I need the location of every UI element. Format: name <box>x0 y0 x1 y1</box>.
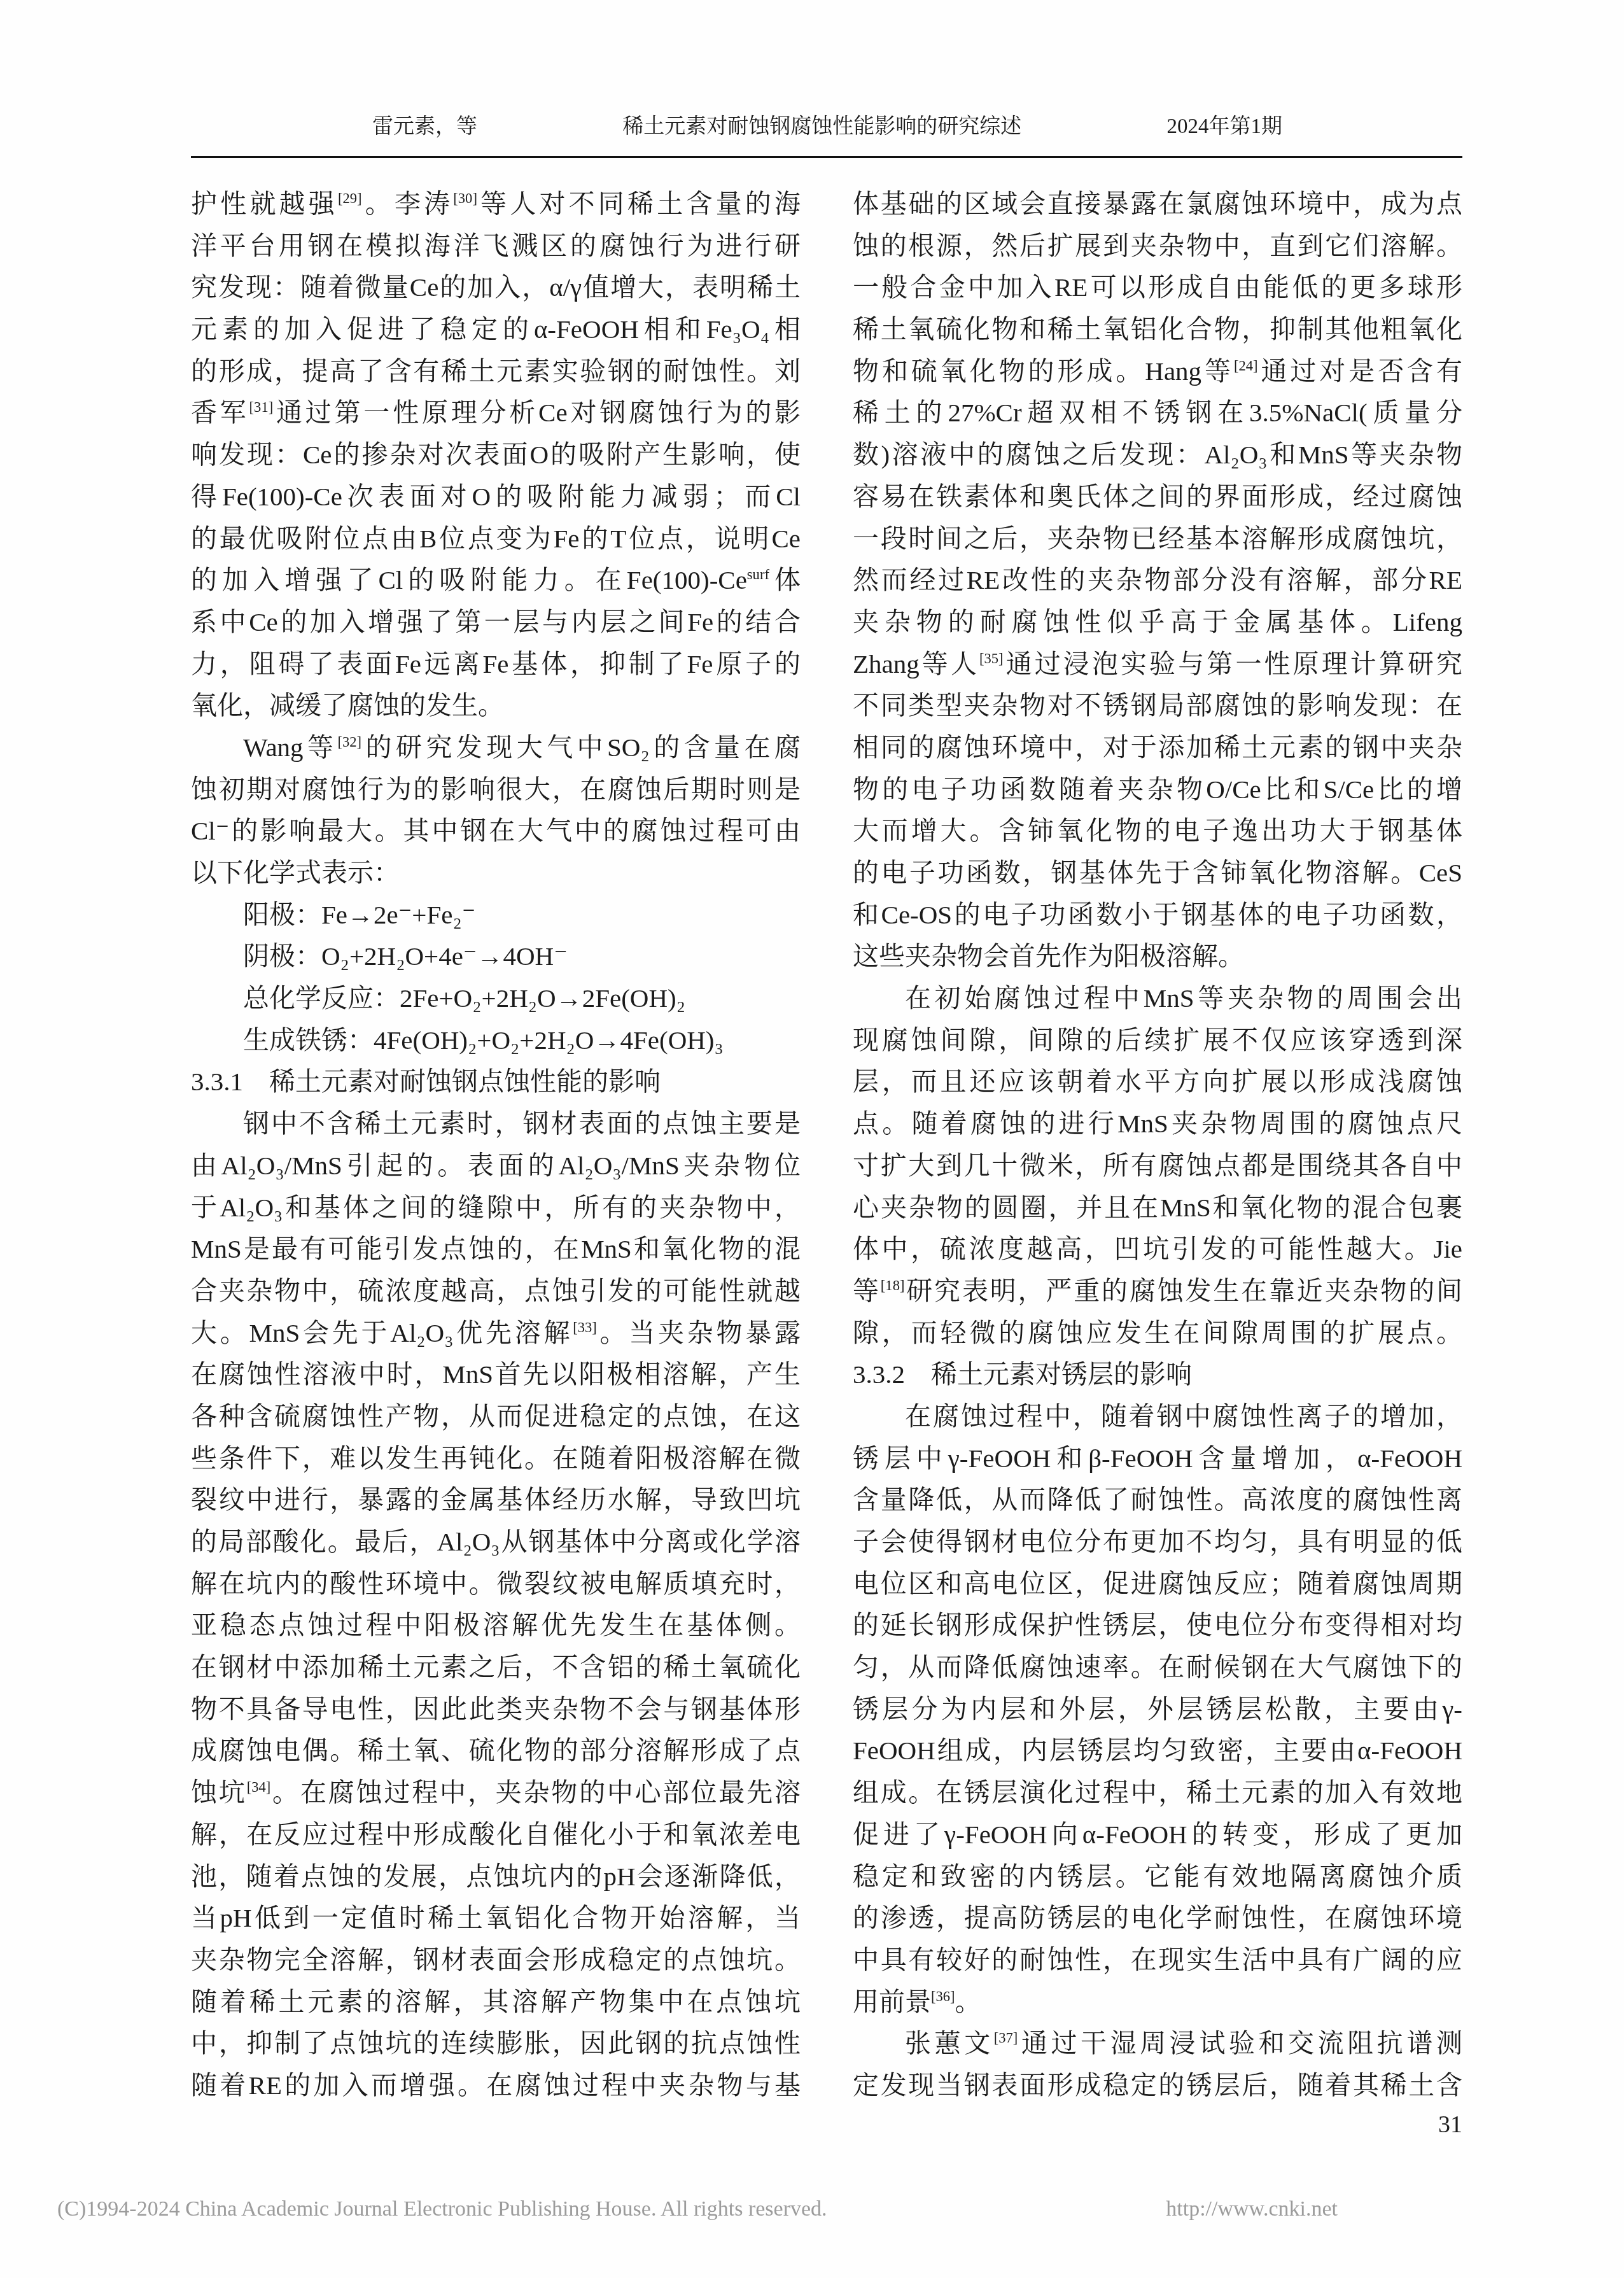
text-line: 隙，而轻微的腐蚀应发生在间隙周围的扩展点。 <box>853 1312 1462 1354</box>
superscript-reference: [18] <box>881 1277 905 1293</box>
text-line: 夹杂物的耐腐蚀性似乎高于金属基体。Lifeng <box>853 601 1462 643</box>
text-line: 大。MnS会先于Al₂O₃优先溶解[33]。当夹杂物暴露 <box>191 1312 801 1354</box>
text-line: 相同的腐蚀环境中，对于添加稀土元素的钢中夹杂 <box>853 727 1462 769</box>
text-line: 随着RE的加入而增强。在腐蚀过程中夹杂物与基 <box>191 2065 801 2107</box>
text-line: 蚀初期对腐蚀行为的影响很大，在腐蚀后期时则是 <box>191 769 801 811</box>
text-line: 夹杂物完全溶解，钢材表面会形成稳定的点蚀坑。 <box>191 1939 801 1981</box>
text-line: 的渗透，提高防锈层的电化学耐蚀性，在腐蚀环境 <box>853 1897 1462 1939</box>
text-line: 些条件下，难以发生再钝化。在随着阳极溶解在微 <box>191 1438 801 1480</box>
text-line: FeOOH组成，内层锈层均匀致密，主要由α-FeOOH <box>853 1730 1462 1772</box>
page-header: 雷元素，等 稀土元素对耐蚀钢腐蚀性能影响的研究综述 2024年第1期 <box>191 109 1462 139</box>
text-line: 锈层分为内层和外层，外层锈层松散，主要由γ- <box>853 1689 1462 1731</box>
text-line: 元素的加入促进了稳定的α-FeOOH相和Fe₃O₄相 <box>191 309 801 351</box>
text-line: Wang等[32]的研究发现大气中SO₂的含量在腐 <box>191 727 801 769</box>
text-line: 一段时间之后，夹杂物已经基本溶解形成腐蚀坑， <box>853 518 1462 560</box>
superscript-reference: [32] <box>338 734 362 750</box>
superscript-reference: [30] <box>453 190 477 206</box>
text-line: 数)溶液中的腐蚀之后发现：Al₂O₃和MnS等夹杂物 <box>853 434 1462 476</box>
text-line: 张蕙文[37]通过干湿周浸试验和交流阻抗谱测 <box>853 2023 1462 2065</box>
text-line: 在钢材中添加稀土元素之后，不含铝的稀土氧硫化 <box>191 1647 801 1689</box>
text-line: 氧化，减缓了腐蚀的发生。 <box>191 685 801 727</box>
text-line: 的加入增强了Cl的吸附能力。在Fe(100)-Cesurf体 <box>191 559 801 601</box>
text-line: 然而经过RE改性的夹杂物部分没有溶解，部分RE <box>853 559 1462 601</box>
text-line: 稀土氧硫化物和稀土氧铝化合物，抑制其他粗氧化 <box>853 309 1462 351</box>
text-line: 体中，硫浓度越高，凹坑引发的可能性越大。Jie <box>853 1228 1462 1270</box>
text-line: 用前景[36]。 <box>853 1981 1462 2023</box>
copyright-notice: (C)1994-2024 China Academic Journal Elec… <box>57 2197 827 2221</box>
text-line: 当pH低到一定值时稀土氧铝化合物开始溶解，当 <box>191 1897 801 1939</box>
text-line: 的延长钢形成保护性锈层，使电位分布变得相对均 <box>853 1605 1462 1647</box>
text-line: 物的电子功函数随着夹杂物O/Ce比和S/Ce比的增 <box>853 769 1462 811</box>
text-line: 以下化学式表示： <box>191 852 801 894</box>
page-footer: (C)1994-2024 China Academic Journal Elec… <box>57 2197 1338 2221</box>
superscript-reference: [31] <box>249 400 274 416</box>
text-line: 子会使得钢材电位分布更加不均匀，具有明显的低 <box>853 1521 1462 1563</box>
text-line: 裂纹中进行，暴露的金属基体经历水解，导致凹坑 <box>191 1479 801 1521</box>
text-line: 和Ce-OS的电子功函数小于钢基体的电子功函数， <box>853 894 1462 936</box>
text-line: 各种含硫腐蚀性产物，从而促进稳定的点蚀，在这 <box>191 1396 801 1438</box>
page-number: 31 <box>1438 2111 1462 2139</box>
text-line: 物和硫氧化物的形成。Hang等[24]通过对是否含有 <box>853 351 1462 393</box>
text-line: 层，而且还应该朝着水平方向扩展以形成浅腐蚀 <box>853 1061 1462 1103</box>
text-line: 的电子功函数，钢基体先于含铈氧化物溶解。CeS <box>853 852 1462 894</box>
text-line: 稀土的27%Cr超双相不锈钢在3.5%NaCl(质量分 <box>853 392 1462 434</box>
text-line: 定发现当钢表面形成稳定的锈层后，随着其稀土含 <box>853 2065 1462 2107</box>
text-line: 池，随着点蚀的发展，点蚀坑内的pH会逐渐降低， <box>191 1856 801 1898</box>
text-line: 在初始腐蚀过程中MnS等夹杂物的周围会出 <box>853 978 1462 1020</box>
journal-page: 雷元素，等 稀土元素对耐蚀钢腐蚀性能影响的研究综述 2024年第1期 护性就越强… <box>0 0 1624 2278</box>
text-line: 心夹杂物的圆圈，并且在MnS和氧化物的混合包裹 <box>853 1187 1462 1229</box>
text-line: 促进了γ-FeOOH向α-FeOOH的转变，形成了更加 <box>853 1814 1462 1856</box>
text-line: 稳定和致密的内锈层。它能有效地隔离腐蚀介质 <box>853 1856 1462 1898</box>
text-line: 的最优吸附位点由B位点变为Fe的T位点，说明Ce <box>191 518 801 560</box>
text-line: 等[18]研究表明，严重的腐蚀发生在靠近夹杂物的间 <box>853 1270 1462 1312</box>
cnki-url: http://www.cnki.net <box>1166 2197 1338 2221</box>
text-line: 体基础的区域会直接暴露在氯腐蚀环境中，成为点 <box>853 183 1462 225</box>
text-line: 的形成，提高了含有稀土元素实验钢的耐蚀性。刘 <box>191 351 801 393</box>
text-line: 的局部酸化。最后，Al₂O₃从钢基体中分离或化学溶 <box>191 1521 801 1563</box>
text-line: 电位区和高电位区，促进腐蚀反应；随着腐蚀周期 <box>853 1563 1462 1605</box>
text-line: 合夹杂物中，硫浓度越高，点蚀引发的可能性就越 <box>191 1270 801 1312</box>
text-line: 解在坑内的酸性环境中。微裂纹被电解质填充时， <box>191 1563 801 1605</box>
text-line: 中，抑制了点蚀坑的连续膨胀，因此钢的抗点蚀性 <box>191 2023 801 2065</box>
equation-line: 阳极：Fe→2e⁻+Fe₂⁻ <box>191 894 801 936</box>
text-line: 在腐蚀过程中，随着钢中腐蚀性离子的增加， <box>853 1396 1462 1438</box>
text-line: 蚀坑[34]。在腐蚀过程中，夹杂物的中心部位最先溶 <box>191 1772 801 1814</box>
text-line: 随着稀土元素的溶解，其溶解产物集中在点蚀坑 <box>191 1981 801 2023</box>
text-line: 寸扩大到几十微米，所有腐蚀点都是围绕其各自中 <box>853 1145 1462 1187</box>
text-line: 由Al₂O₃/MnS引起的。表面的Al₂O₃/MnS夹杂物位 <box>191 1145 801 1187</box>
text-line: 成腐蚀电偶。稀土氧、硫化物的部分溶解形成了点 <box>191 1730 801 1772</box>
header-author: 雷元素，等 <box>372 109 477 139</box>
text-line: 不同类型夹杂物对不锈钢局部腐蚀的影响发现：在 <box>853 685 1462 727</box>
header-issue: 2024年第1期 <box>1167 109 1283 139</box>
text-line: 物不具备导电性，因此此类夹杂物不会与钢基体形 <box>191 1689 801 1731</box>
text-line: 含量降低，从而降低了耐蚀性。高浓度的腐蚀性离 <box>853 1479 1462 1521</box>
text-line: 现腐蚀间隙，间隙的后续扩展不仅应该穿透到深 <box>853 1020 1462 1062</box>
text-line: Cl⁻的影响最大。其中钢在大气中的腐蚀过程可由 <box>191 810 801 852</box>
text-line: MnS是最有可能引发点蚀的，在MnS和氧化物的混 <box>191 1228 801 1270</box>
text-line: 护性就越强[29]。李涛[30]等人对不同稀土含量的海 <box>191 183 801 225</box>
text-line: 得Fe(100)-Ce次表面对O的吸附能力减弱；而Cl <box>191 476 801 518</box>
equation-line: 生成铁锈：4Fe(OH)₂+O₂+2H₂O→4Fe(OH)₃ <box>191 1020 801 1062</box>
text-line: 究发现：随着微量Ce的加入，α/γ值增大，表明稀土 <box>191 267 801 309</box>
text-line: 解，在反应过程中形成酸化自催化小于和氧浓差电 <box>191 1814 801 1856</box>
text-line: 蚀的根源，然后扩展到夹杂物中，直到它们溶解。 <box>853 225 1462 267</box>
text-line: 在腐蚀性溶液中时，MnS首先以阳极相溶解，产生 <box>191 1354 801 1396</box>
text-line: 钢中不含稀土元素时，钢材表面的点蚀主要是 <box>191 1103 801 1145</box>
section-heading: 3.3.1 稀土元素对耐蚀钢点蚀性能的影响 <box>191 1061 801 1103</box>
superscript-reference: [36] <box>931 1988 955 2004</box>
text-line: 这些夹杂物会首先作为阳极溶解。 <box>853 936 1462 978</box>
superscript-reference: surf <box>747 567 769 583</box>
text-line: 力，阻碍了表面Fe远离Fe基体，抑制了Fe原子的 <box>191 643 801 686</box>
section-heading: 3.3.2 稀土元素对锈层的影响 <box>853 1354 1462 1396</box>
header-rule <box>191 156 1462 158</box>
superscript-reference: [24] <box>1234 358 1258 374</box>
superscript-reference: [37] <box>994 2030 1018 2046</box>
text-line: 锈层中γ-FeOOH和β-FeOOH含量增加，α-FeOOH <box>853 1438 1462 1480</box>
equation-line: 总化学反应：2Fe+O₂+2H₂O→2Fe(OH)₂ <box>191 978 801 1020</box>
text-line: 大而增大。含铈氧化物的电子逸出功大于钢基体 <box>853 810 1462 852</box>
text-line: 于Al₂O₃和基体之间的缝隙中，所有的夹杂物中， <box>191 1187 801 1229</box>
text-line: Zhang等人[35]通过浸泡实验与第一性原理计算研究 <box>853 643 1462 686</box>
text-line: 组成。在锈层演化过程中，稀土元素的加入有效地 <box>853 1772 1462 1814</box>
text-line: 洋平台用钢在模拟海洋飞溅区的腐蚀行为进行研 <box>191 225 801 267</box>
superscript-reference: [29] <box>338 190 362 206</box>
text-line: 一般合金中加入RE可以形成自由能低的更多球形 <box>853 267 1462 309</box>
text-line: 匀，从而降低腐蚀速率。在耐候钢在大气腐蚀下的 <box>853 1647 1462 1689</box>
right-text-column: 体基础的区域会直接暴露在氯腐蚀环境中，成为点蚀的根源，然后扩展到夹杂物中，直到它… <box>853 183 1462 2107</box>
text-line: 容易在铁素体和奥氏体之间的界面形成，经过腐蚀 <box>853 476 1462 518</box>
left-text-column: 护性就越强[29]。李涛[30]等人对不同稀土含量的海洋平台用钢在模拟海洋飞溅区… <box>191 183 801 2107</box>
equation-line: 阴极：O₂+2H₂O+4e⁻→4OH⁻ <box>191 936 801 978</box>
text-line: 香军[31]通过第一性原理分析Ce对钢腐蚀行为的影 <box>191 392 801 434</box>
header-article-title: 稀土元素对耐蚀钢腐蚀性能影响的研究综述 <box>622 109 1021 139</box>
text-line: 亚稳态点蚀过程中阳极溶解优先发生在基体侧。 <box>191 1605 801 1647</box>
text-line: 系中Ce的加入增强了第一层与内层之间Fe的结合 <box>191 601 801 643</box>
text-line: 响发现：Ce的掺杂对次表面O的吸附产生影响，使 <box>191 434 801 476</box>
superscript-reference: [35] <box>979 650 1004 666</box>
text-line: 点。随着腐蚀的进行MnS夹杂物周围的腐蚀点尺 <box>853 1103 1462 1145</box>
superscript-reference: [34] <box>247 1779 271 1795</box>
superscript-reference: [33] <box>573 1319 597 1335</box>
text-line: 中具有较好的耐蚀性，在现实生活中具有广阔的应 <box>853 1939 1462 1981</box>
